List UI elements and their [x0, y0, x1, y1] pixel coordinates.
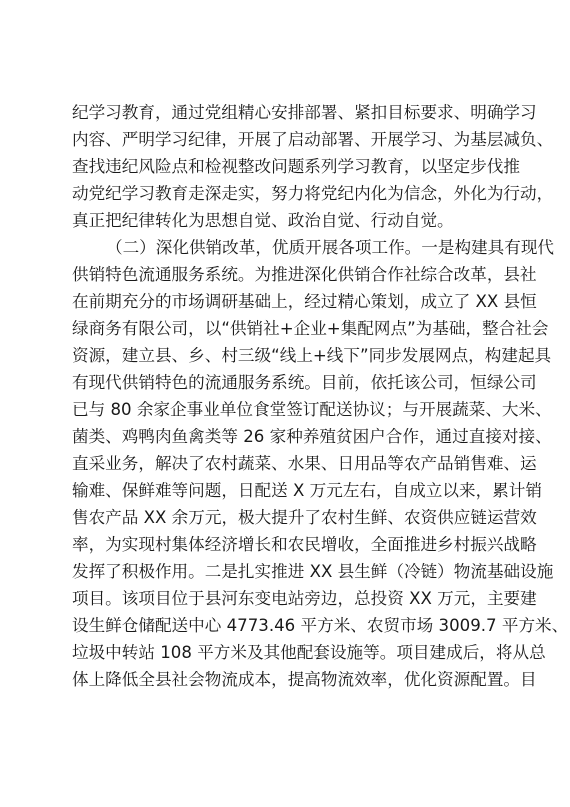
text-line: 直采业务，解决了农村蔬菜、水果、日用品等农产品销售难、运 — [72, 450, 496, 477]
text-line: 动党纪学习教育走深走实，努力将党纪内化为信念，外化为行动， — [72, 180, 496, 207]
text-line: 查找违纪风险点和检视整改问题系列学习教育，以坚定步伐推 — [72, 153, 496, 180]
text-line: 内容、严明学习纪律，开展了启动部署、开展学习、为基层减负、 — [72, 126, 496, 153]
document-page: 纪学习教育，通过党组精心安排部署、紧扣目标要求、明确学习 内容、严明学习纪律，开… — [0, 0, 570, 807]
text-line: 菌类、鸡鸭肉鱼禽类等 26 家种养殖贫困户合作，通过直接对接、 — [72, 423, 496, 450]
text-line: 绿商务有限公司，以“供销社+企业+集配网点”为基础，整合社会 — [72, 315, 496, 342]
paragraph-supply-marketing-reform: （二）深化供销改革，优质开展各项工作。一是构建具有现代 供销特色流通服务系统。为… — [72, 234, 496, 693]
text-line: 已与 80 余家企事业单位食堂签订配送协议；与开展蔬菜、大米、 — [72, 396, 496, 423]
text-line: 售农产品 XX 余万元，极大提升了农村生鲜、农资供应链运营效 — [72, 504, 496, 531]
text-line: 在前期充分的市场调研基础上，经过精心策划，成立了 XX 县恒 — [72, 288, 496, 315]
text-line: 供销特色流通服务系统。为推进深化供销合作社综合改革，县社 — [72, 261, 496, 288]
text-line: 真正把纪律转化为思想自觉、政治自觉、行动自觉。 — [72, 207, 496, 234]
text-line: 输难、保鲜难等问题，日配送 X 万元左右，自成立以来，累计销 — [72, 477, 496, 504]
text-line: 纪学习教育，通过党组精心安排部署、紧扣目标要求、明确学习 — [72, 99, 496, 126]
text-line: 项目。该项目位于县河东变电站旁边，总投资 XX 万元，主要建 — [72, 585, 496, 612]
text-line: 率，为实现村集体经济增长和农民增收，全面推进乡村振兴战略 — [72, 531, 496, 558]
section-heading-line: （二）深化供销改革，优质开展各项工作。一是构建具有现代 — [72, 234, 496, 261]
text-line: 发挥了积极作用。二是扎实推进 XX 县生鲜（冷链）物流基础设施 — [72, 558, 496, 585]
text-line: 设生鲜仓储配送中心 4773.46 平方米、农贸市场 3009.7 平方米、 — [72, 612, 496, 639]
document-body: 纪学习教育，通过党组精心安排部署、紧扣目标要求、明确学习 内容、严明学习纪律，开… — [72, 99, 496, 693]
text-line: 有现代供销特色的流通服务系统。目前，依托该公司，恒绿公司 — [72, 369, 496, 396]
text-line: 资源，建立县、乡、村三级“线上+线下”同步发展网点，构建起具 — [72, 342, 496, 369]
text-line: 体上降低全县社会物流成本，提高物流效率，优化资源配置。目 — [72, 666, 496, 693]
text-line: 垃圾中转站 108 平方米及其他配套设施等。项目建成后，将从总 — [72, 639, 496, 666]
paragraph-party-discipline-education: 纪学习教育，通过党组精心安排部署、紧扣目标要求、明确学习 内容、严明学习纪律，开… — [72, 99, 496, 234]
